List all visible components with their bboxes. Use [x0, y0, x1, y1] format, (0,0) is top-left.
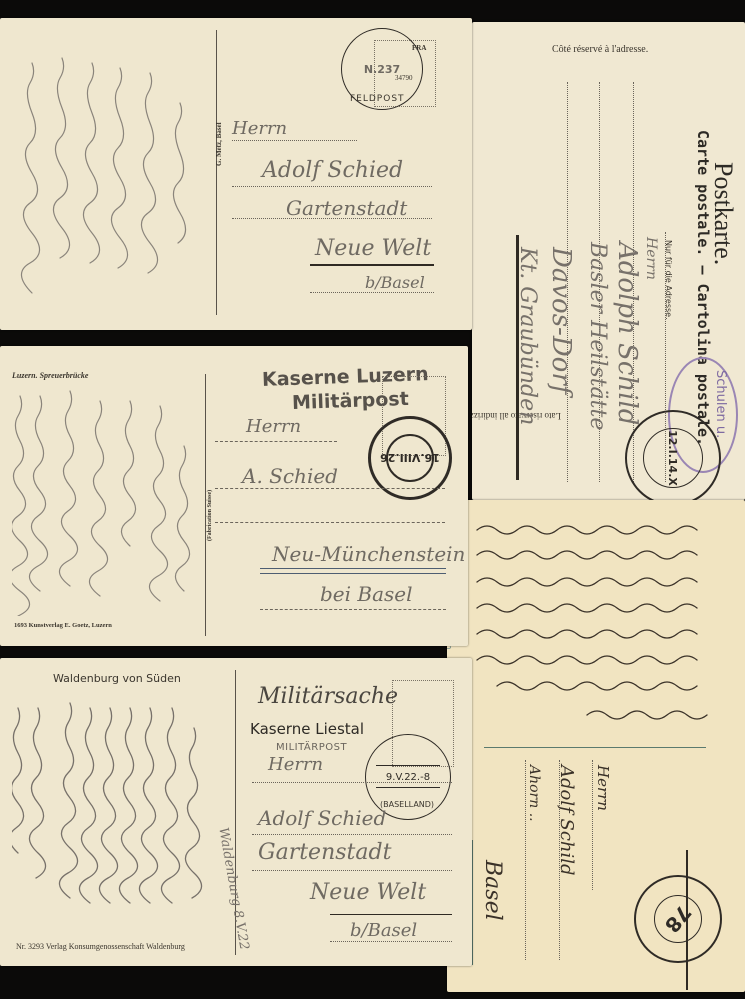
handwritten-message: handwritten message (pencil): [12, 43, 202, 313]
address-line-1: Herrn: [232, 118, 287, 139]
address-line-1: Herrn: [246, 416, 301, 437]
address-line-4: Basel: [480, 860, 505, 921]
bataillon-78-postmark: 78: [634, 875, 722, 963]
postcard-feldpost-basel: G. Metz, Basel FRA 34790 N.237 FELDPOST …: [0, 18, 472, 330]
header-adresse: Côté réservé à l'adresse.: [552, 44, 648, 55]
card-footer: 1693 Kunstverlag E. Goetz, Luzern: [14, 622, 112, 629]
card-caption: Luzern. Spreuerbrücke: [12, 371, 88, 380]
address-line-4: Davos-Dorf: [546, 247, 576, 394]
address-line-1: Herrn: [594, 765, 612, 811]
postcard-feldpost-78: Edition Guggenheim & Co. Zürich handwrit…: [447, 500, 745, 992]
address-line-2: Adolf Schied: [258, 806, 386, 830]
violet-cachet-text: Schulen u.: [713, 370, 728, 438]
postmark-bottom-text: (BASELLAND): [380, 800, 434, 809]
address-line-4: Neue Welt: [310, 880, 426, 905]
address-line-5: b/Basel: [365, 273, 425, 292]
cachet-militaerpost: MILITÄRPOST: [276, 742, 347, 753]
address-line-3: Gartenstadt: [258, 840, 391, 865]
address-line-5: b/Basel: [350, 920, 417, 941]
postcard-luzern: Luzern. Spreuerbrücke 1693 Kunstverlag E…: [0, 346, 468, 646]
address-line-5: Kt. Graubünden: [515, 247, 540, 425]
address-line-2: Adolph Schild: [612, 242, 642, 425]
address-line-3: Gartenstadt: [286, 196, 407, 220]
side-text: (Fabrication Suisse): [207, 490, 213, 541]
header-handwriting: Militärsache: [258, 684, 398, 709]
postcard-waldenburg: Waldenburg von Süden Nr. 3293 Verlag Kon…: [0, 658, 472, 966]
address-line-1: Herrn: [643, 237, 659, 280]
handwritten-message: [12, 386, 197, 616]
address-line-4: bei Basel: [320, 582, 413, 606]
postmark-bottom-text: FELDPOST: [350, 94, 405, 104]
postkarte-title: Postkarte.: [709, 162, 738, 265]
card-caption: Waldenburg von Süden: [53, 672, 181, 685]
address-line-3: Ahorn ..: [526, 765, 542, 822]
address-line-1: Herrn: [268, 754, 323, 775]
cachet-kaserne-liestal: Kaserne Liestal: [250, 720, 364, 738]
handwritten-message: [12, 688, 217, 948]
address-line-2: A. Schied: [242, 464, 338, 488]
address-line-3: Neu-Münchenstein: [272, 542, 465, 566]
address-line-2: Adolf Schied: [262, 158, 403, 183]
date-note: Waldenburg 8.V.22: [215, 826, 251, 951]
address-line-4: Neue Welt: [315, 236, 431, 261]
bellinzona-postmark: 12.I.14.X: [625, 410, 721, 500]
publisher-metz: G. Metz, Basel: [215, 122, 223, 166]
address-line-2: Adolf Schild: [556, 765, 577, 876]
handwritten-message: [467, 510, 737, 740]
address-line-3: Basler Heilstätte: [585, 242, 610, 430]
postcard-postkarte: Côté réservé à l'adresse. Postkarte. Car…: [472, 22, 745, 500]
